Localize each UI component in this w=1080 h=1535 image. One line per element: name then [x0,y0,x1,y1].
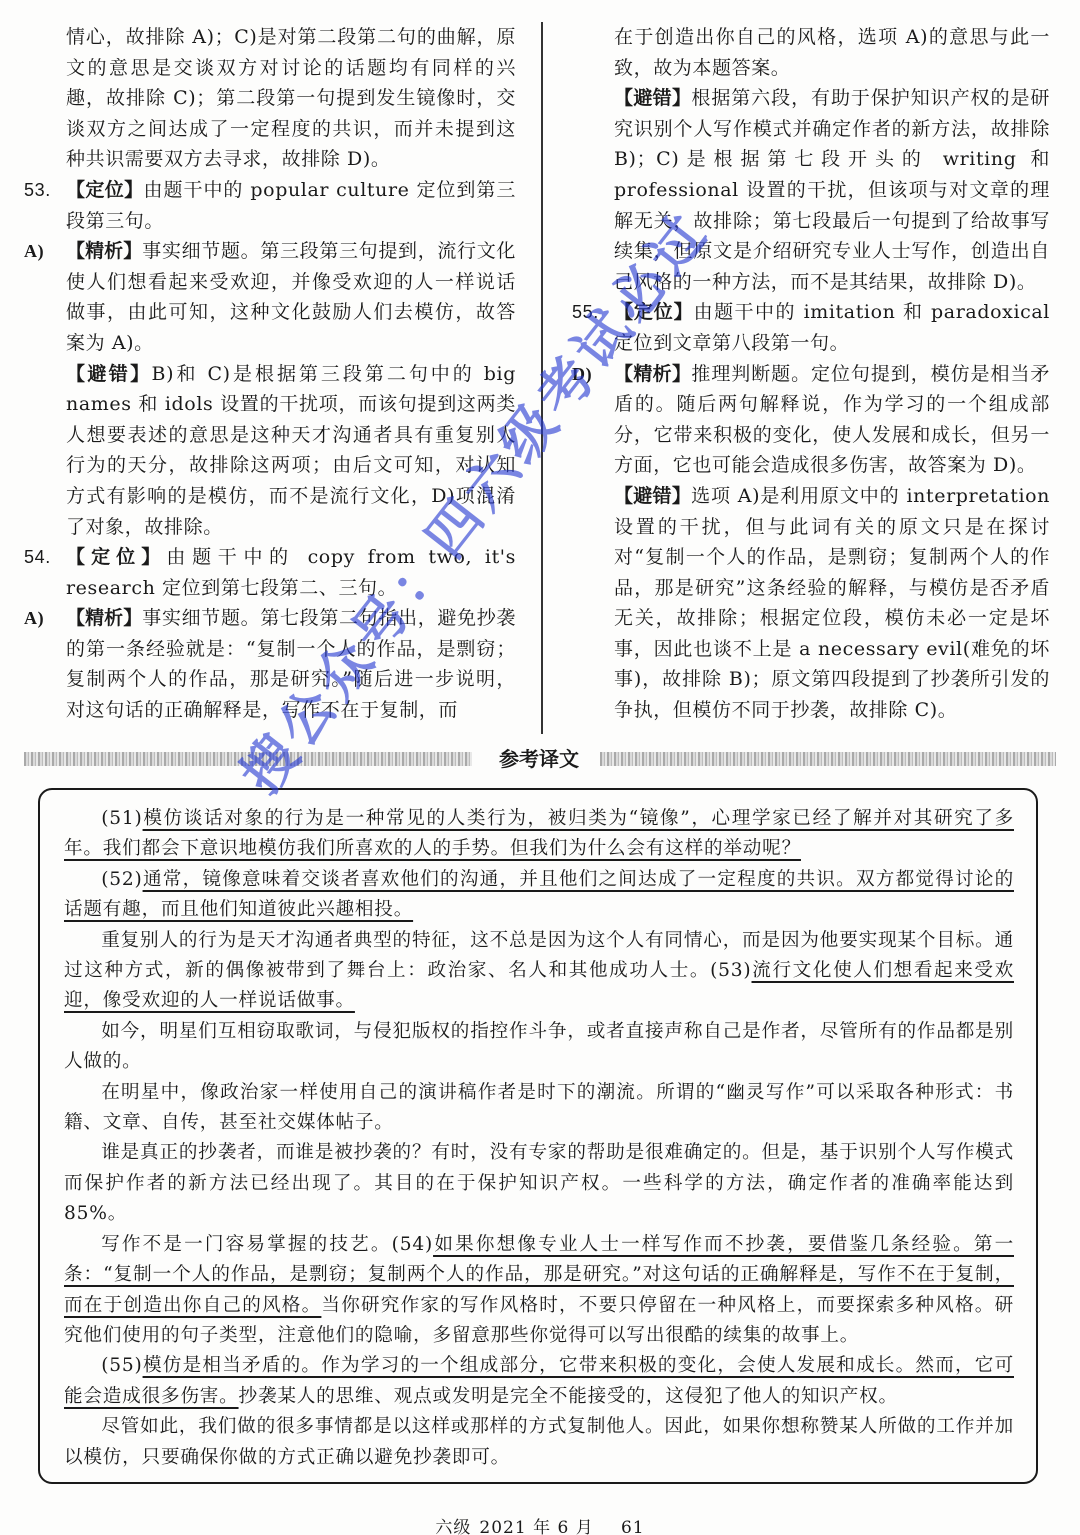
explanation-text: 情心，故排除 A)；C)是对第二段第二句的曲解，原文的意思是交谈双方对讨论的话题… [66,26,516,170]
translation-paragraph: 写作不是一门容易掌握的技艺。(54)如果你想像专业人士一样写作而不抄袭，要借鉴几… [64,1230,1014,1352]
translation-paragraph: 谁是真正的抄袭者，而谁是被抄袭的？有时，没有专家的帮助是很难确定的。但是，基于识… [64,1138,1014,1229]
explanation-analysis: A)【精析】事实细节题。第七段第二句指出，避免抄袭的第一条经验就是：“复制一个人… [24,603,516,725]
explanations-area: 情心，故排除 A)；C)是对第二段第二句的曲解，原文的意思是交谈双方对讨论的话题… [24,22,1056,734]
explanation-text: 在于创造出你自己的风格，选项 A)的意思与此一致，故为本题答案。 [614,26,1050,79]
explanation-avoid: 【避错】选项 A)是利用原文中的 interpretation 设置的干扰，但与… [572,481,1050,726]
tag-label: 【精析】 [66,240,142,262]
explanation-analysis: A)【精析】事实细节题。第三段第三句提到，流行文化使人们想看起来受欢迎，并像受欢… [24,236,516,358]
translation-paragraph: (52)通常，镜像意味着交谈者喜欢他们的沟通，并且他们之间达成了一定程度的共识。… [64,865,1014,926]
explanation-cont: 在于创造出你自己的风格，选项 A)的意思与此一致，故为本题答案。 [572,22,1050,83]
section-heading-bar: 参考译文 [24,746,1056,772]
page-footer: 六级2021 年 6 月 61 [0,1513,1080,1535]
explanation-avoid: 【避错】B)和 C)是根据第三段第二句中的 big names 和 idols … [24,359,516,543]
tag-label: 【定位】 [66,179,144,201]
decorative-band-left [24,752,472,766]
explanation-text: B)和 C)是根据第三段第二句中的 big names 和 idols 设置的干… [66,363,516,538]
explanation-analysis: D)【精析】推理判断题。定位句提到，模仿是相当矛盾的。随后两句解释说，作为学习的… [572,359,1050,481]
answer-label: D) [572,359,592,390]
decorative-band-right [600,752,1056,766]
tag-label: 【精析】 [614,363,691,385]
question-number: 53. [24,175,51,206]
explanations-left-column: 情心，故排除 A)；C)是对第二段第二句的曲解，原文的意思是交谈双方对讨论的话题… [24,22,516,726]
translation-text: 写作不是一门容易掌握的技艺。(54) [101,1234,433,1255]
explanations-right-column: 在于创造出你自己的风格，选项 A)的意思与此一致，故为本题答案。【避错】根据第六… [572,22,1050,726]
translation-paragraph: (55)模仿是相当矛盾的。作为学习的一个组成部分，它带来积极的变化，会使人发展和… [64,1351,1014,1412]
footer-exam: 六级 [435,1518,471,1535]
translation-text: 尽管如此，我们做的很多事情都是以这样或那样的方式复制他人。因此，如果你想称赞某人… [64,1416,1014,1467]
key-sentence: 通常，镜像意味着交谈者喜欢他们的沟通，并且他们之间达成了一定程度的共识。双方都觉… [64,869,1014,920]
translation-text: 抄袭某人的思维、观点或发明是完全不能接受的，这侵犯了他人的知识产权。 [239,1386,898,1407]
explanation-locate: 55.【定位】由题干中的 imitation 和 paradoxical 定位到… [572,297,1050,358]
column-divider [541,22,543,734]
translation-text: (52) [101,869,142,890]
translation-body: (51)模仿谈话对象的行为是一种常见的人类行为，被归类为“镜像”，心理学家已经了… [64,804,1014,1473]
section-title: 参考译文 [486,746,592,772]
explanation-text: 根据第六段，有助于保护知识产权的是研究识别个人写作模式并确定作者的新方法，故排除… [614,87,1050,293]
translation-text: (51) [101,808,142,829]
explanation-text: 选项 A)是利用原文中的 interpretation 设置的干扰，但与此词有关… [614,485,1050,721]
translation-paragraph: 如今，明星们互相窃取歌词，与侵犯版权的指控作斗争，或者直接声称自己是作者，尽管所… [64,1017,1014,1078]
translation-box: (51)模仿谈话对象的行为是一种常见的人类行为，被归类为“镜像”，心理学家已经了… [38,788,1038,1484]
tag-label: 【定位】 [66,546,166,568]
translation-paragraph: 重复别人的行为是天才沟通者典型的特征，这不总是因为这个人有同情心，而是因为他要实… [64,926,1014,1017]
footer-date: 2021 年 6 月 [479,1518,593,1535]
translation-paragraph: (51)模仿谈话对象的行为是一种常见的人类行为，被归类为“镜像”，心理学家已经了… [64,804,1014,865]
explanation-avoid: 【避错】根据第六段，有助于保护知识产权的是研究识别个人写作模式并确定作者的新方法… [572,83,1050,297]
tag-label: 【避错】 [614,87,691,109]
question-number: 54. [24,542,51,573]
question-number: 55. [572,297,599,328]
translation-paragraph: 尽管如此，我们做的很多事情都是以这样或那样的方式复制他人。因此，如果你想称赞某人… [64,1412,1014,1473]
translation-text: 谁是真正的抄袭者，而谁是被抄袭的？有时，没有专家的帮助是很难确定的。但是，基于识… [64,1142,1014,1224]
tag-label: 【避错】 [614,485,691,507]
tag-label: 【避错】 [66,363,152,385]
translation-text: (55) [101,1355,142,1376]
translation-paragraph: 在明星中，像政治家一样使用自己的演讲稿作者是时下的潮流。所谓的“幽灵写作”可以采… [64,1078,1014,1139]
explanation-locate: 54.【定位】由题干中的 copy from two, it's researc… [24,542,516,603]
tag-label: 【定位】 [614,301,694,323]
tag-label: 【精析】 [66,607,142,629]
answer-label: A) [24,236,44,267]
document-page: 情心，故排除 A)；C)是对第二段第二句的曲解，原文的意思是交谈双方对讨论的话题… [0,0,1080,1535]
explanation-cont: 情心，故排除 A)；C)是对第二段第二句的曲解，原文的意思是交谈双方对讨论的话题… [24,22,516,175]
key-sentence: 模仿谈话对象的行为是一种常见的人类行为，被归类为“镜像”，心理学家已经了解并对其… [64,808,1014,859]
explanation-locate: 53.【定位】由题干中的 popular culture 定位到第三段第三句。 [24,175,516,236]
translation-text: 在明星中，像政治家一样使用自己的演讲稿作者是时下的潮流。所谓的“幽灵写作”可以采… [64,1082,1014,1133]
page-number: 61 [621,1518,645,1535]
translation-text: 如今，明星们互相窃取歌词，与侵犯版权的指控作斗争，或者直接声称自己是作者，尽管所… [64,1021,1014,1072]
answer-label: A) [24,603,44,634]
